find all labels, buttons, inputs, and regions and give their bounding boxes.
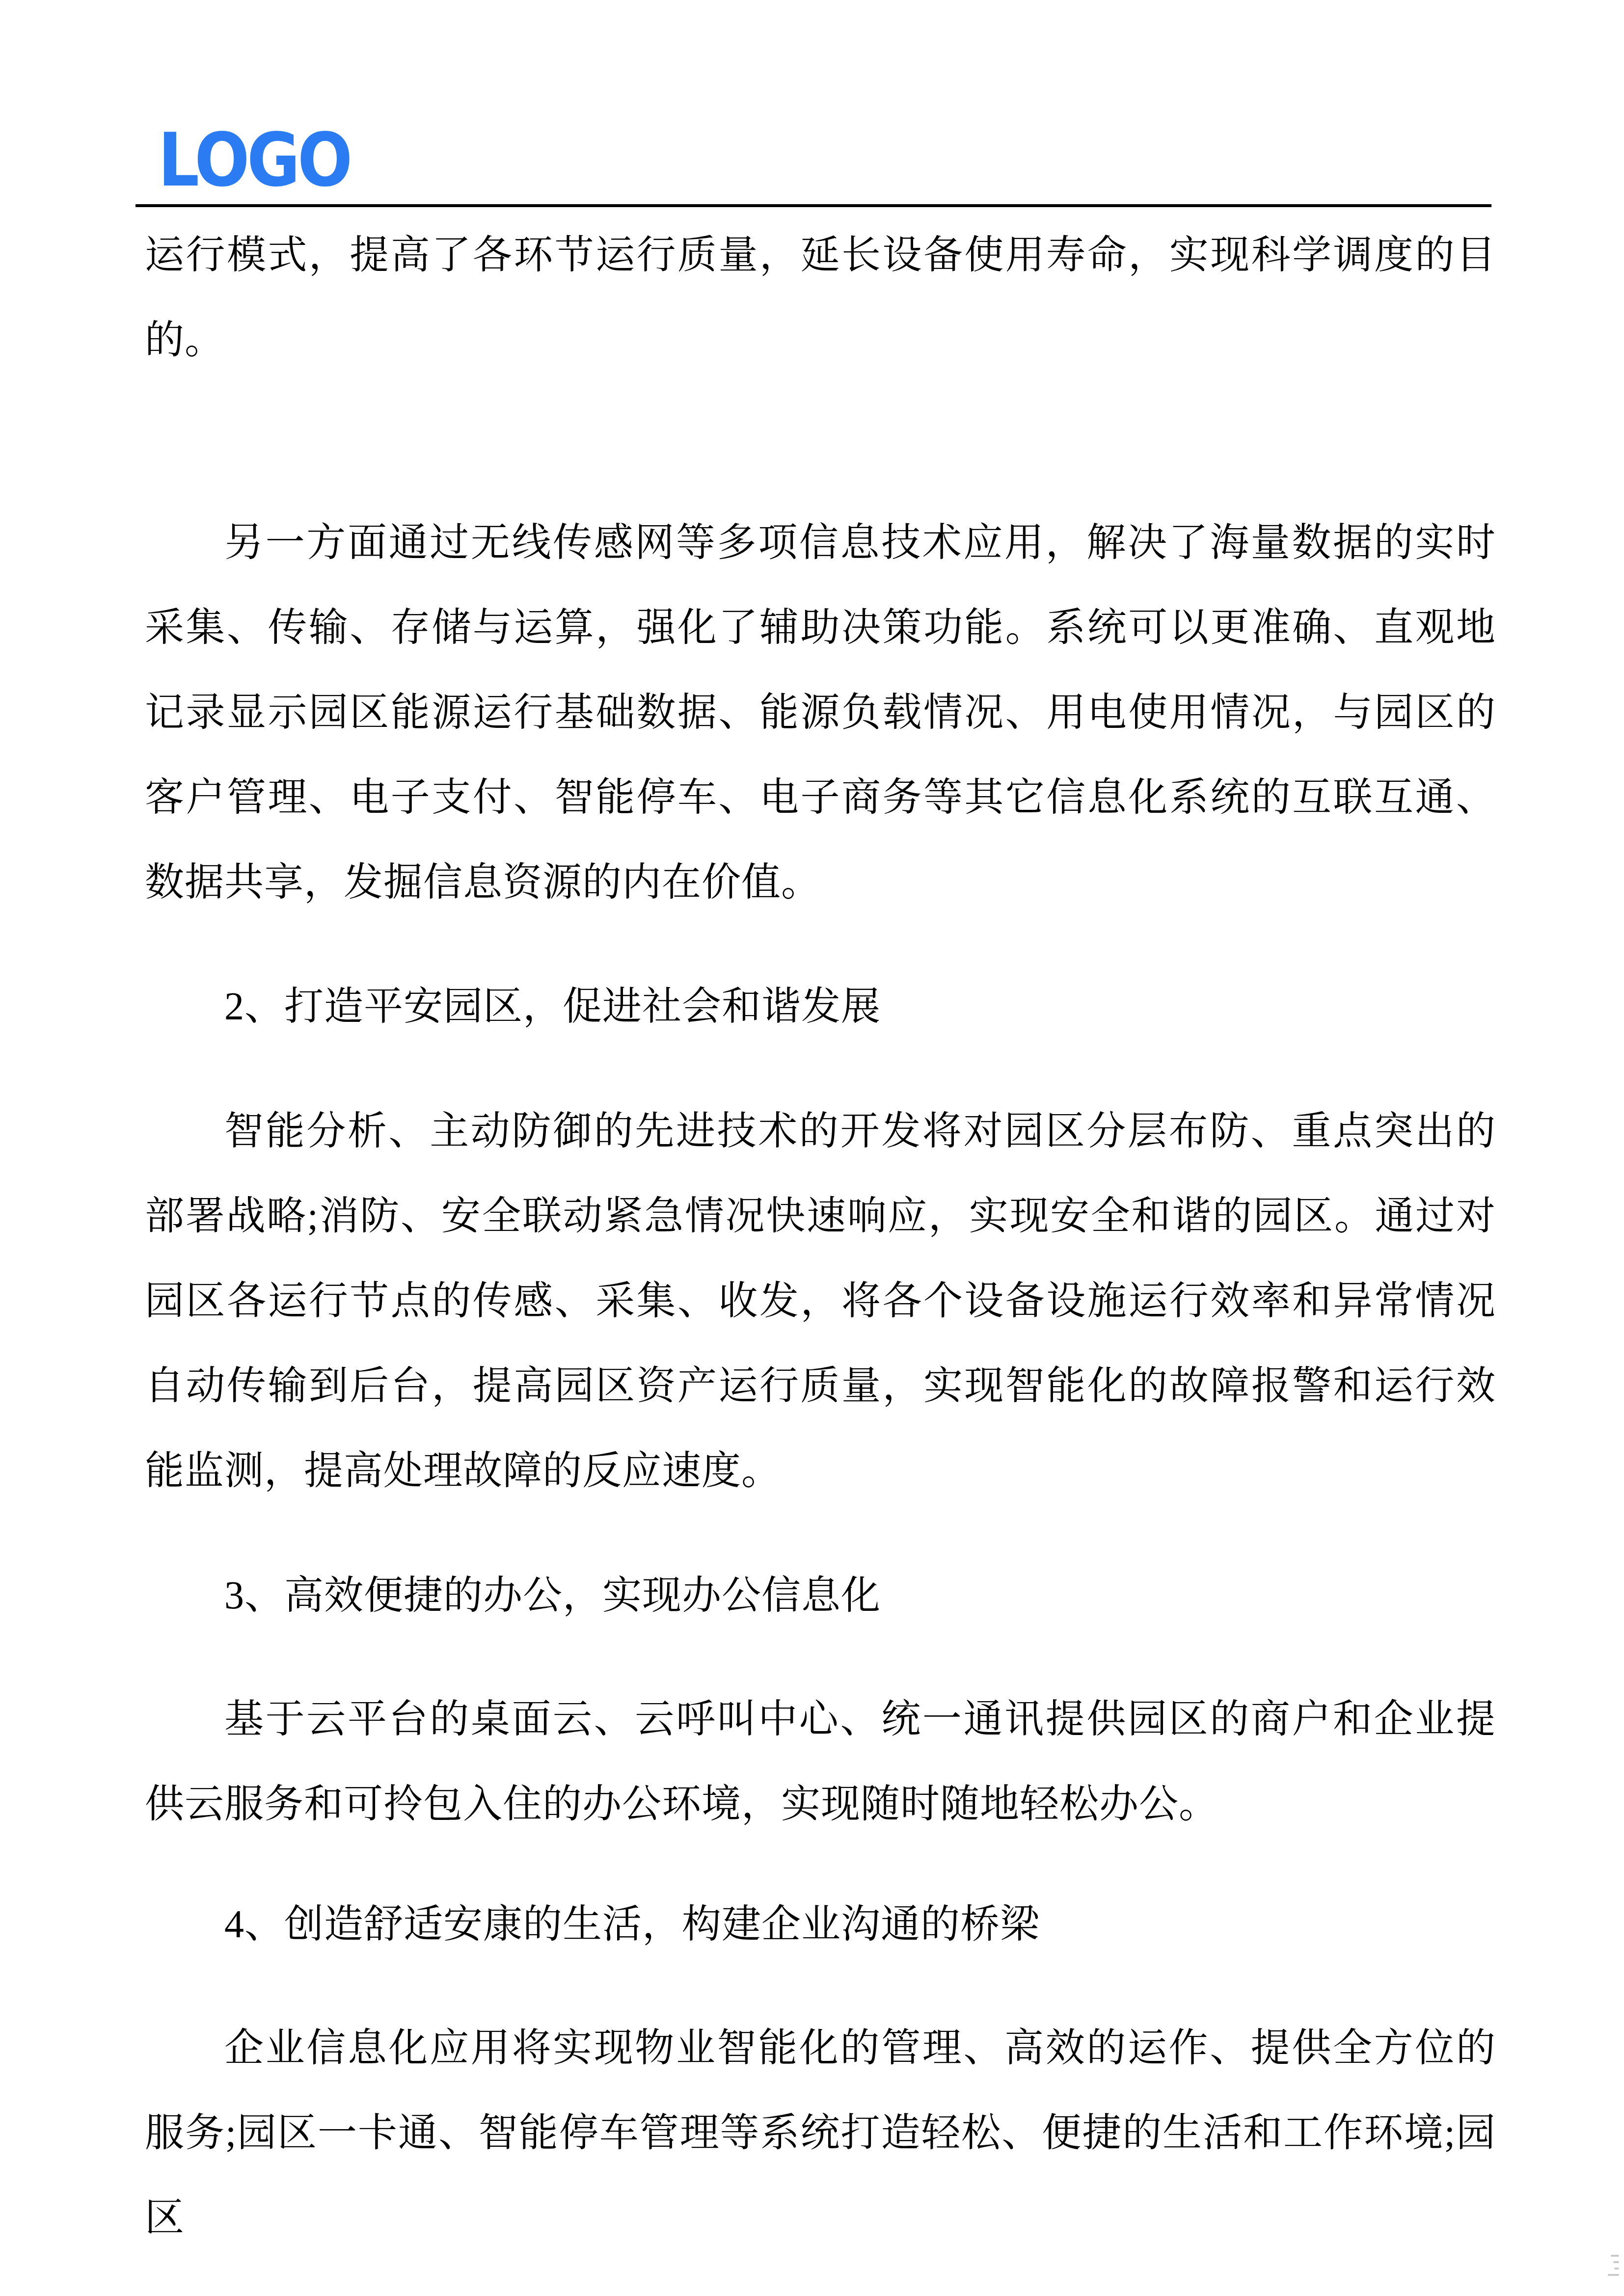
document-page: LOGO 运行模式，提高了各环节运行质量，延长设备使用寿命，实现科学调度的目的。… — [0, 0, 1624, 2296]
paragraph: 基于云平台的桌面云、云呼叫中心、统一通讯提供园区的商户和企业提供云服务和可拎包入… — [145, 1677, 1496, 1847]
paragraph: 企业信息化应用将实现物业智能化的管理、高效的运作、提供全方位的服务;园区一卡通、… — [145, 2006, 1496, 2261]
watermark-line — [1614, 2268, 1619, 2269]
section-heading: 4、创造舒适安康的生活，构建企业沟通的桥梁 — [145, 1882, 1496, 1967]
section-heading: 3、高效便捷的办公，实现办公信息化 — [145, 1553, 1496, 1638]
faint-corner-watermark — [1608, 2255, 1619, 2276]
watermark-line — [1611, 2255, 1619, 2257]
paragraph: 智能分析、主动防御的先进技术的开发将对园区分层布防、重点突出的部署战略;消防、安… — [145, 1089, 1496, 1514]
watermark-line — [1608, 2274, 1619, 2276]
watermark-line — [1613, 2261, 1619, 2263]
paragraph-continuation: 运行模式，提高了各环节运行质量，延长设备使用寿命，实现科学调度的目的。 — [145, 213, 1496, 383]
paragraph: 另一方面通过无线传感网等多项信息技术应用，解决了海量数据的实时采集、传输、存储与… — [145, 501, 1496, 925]
section-heading: 2、打造平安园区，促进社会和谐发展 — [145, 964, 1496, 1049]
document-body: 运行模式，提高了各环节运行质量，延长设备使用寿命，实现科学调度的目的。 另一方面… — [145, 0, 1496, 2261]
